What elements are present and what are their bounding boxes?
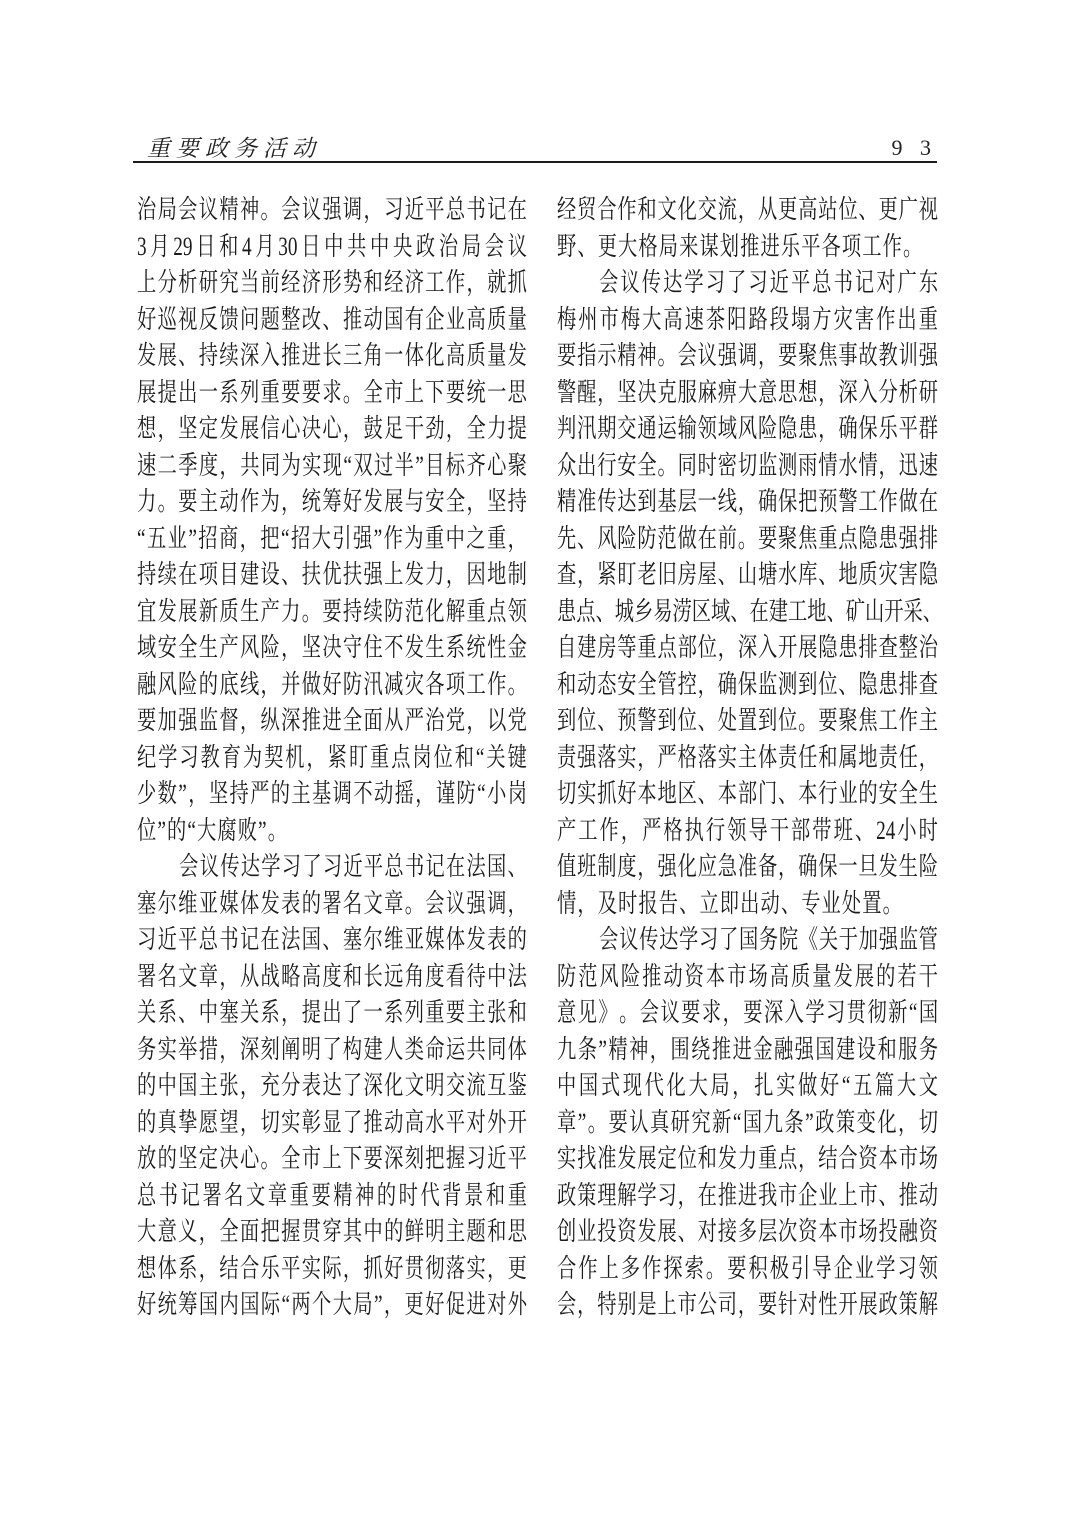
text-line: 融风险的底线，并做好防汛减灾各项工作。 xyxy=(137,667,527,704)
text-line: 先、风险防范做在前。要聚焦重点隐患强排 xyxy=(557,521,938,558)
text-line: 情，及时报告、立即出动、专业处置。 xyxy=(557,886,938,923)
text-line: 意见》。会议要求，要深入学习贯彻新“国 xyxy=(557,995,938,1032)
text-line: 政策理解学习，在推进我市企业上市、推动 xyxy=(557,1178,938,1215)
header-section-title: 重要政务活动 xyxy=(147,130,321,163)
text-line: 少数”，坚持严的主基调不动摇，谨防“小岗 xyxy=(137,776,527,813)
text-line: 九条”精神，围绕推进金融强国建设和服务 xyxy=(557,1032,938,1069)
text-line: 上分析研究当前经济形势和经济工作，就抓 xyxy=(137,265,527,302)
text-line: 想体系，结合乐平实际，抓好贯彻落实，更 xyxy=(137,1251,527,1288)
text-line: 值班制度，强化应急准备，确保一旦发生险 xyxy=(557,849,938,886)
text-line: 切实抓好本地区、本部门、本行业的安全生 xyxy=(557,776,938,813)
text-line: 众出行安全。同时密切监测雨情水情，迅速 xyxy=(557,448,938,485)
text-line: 要指示精神。会议强调，要聚焦事故教训强 xyxy=(557,338,938,375)
text-line: 署名文章，从战略高度和长远角度看待中法 xyxy=(137,959,527,996)
text-line: 警醒，坚决克服麻痹大意思想，深入分析研 xyxy=(557,375,938,412)
text-line: 塞尔维亚媒体发表的署名文章。会议强调， xyxy=(137,886,527,923)
text-line: 域安全生产风险，坚决守住不发生系统性金 xyxy=(137,630,527,667)
text-column-right: 经贸合作和文化交流，从更高站位、更广视野、更大格局来谋划推进乐平各项工作。会议传… xyxy=(557,192,939,1324)
text-line: 查，紧盯老旧房屋、山塘水库、地质灾害隐 xyxy=(557,557,938,594)
text-line: 的中国主张，充分表达了深化文明交流互鉴 xyxy=(137,1068,527,1105)
text-line: 判汛期交通运输领域风险隐患，确保乐平群 xyxy=(557,411,938,448)
text-line: 放的坚定决心。全市上下要深刻把握习近平 xyxy=(137,1141,527,1178)
text-line: 产工作，严格执行领导干部带班、24小时 xyxy=(557,813,938,850)
text-line: 3月29日和4月30日中共中央政治局会议 xyxy=(137,229,527,266)
header-page-number: 9 3 xyxy=(892,135,938,161)
text-line: 务实举措，深刻阐明了构建人类命运共同体 xyxy=(137,1032,527,1069)
text-line: 的真挚愿望，切实彰显了推动高水平对外开 xyxy=(137,1105,527,1142)
text-line: 纪学习教育为契机，紧盯重点岗位和“关键 xyxy=(137,740,527,777)
text-line: 好统筹国内国际“两个大局”，更好促进对外 xyxy=(137,1287,527,1324)
text-line: 责强落实，严格落实主体责任和属地责任， xyxy=(557,740,938,777)
text-line: 力。要主动作为，统筹好发展与安全，坚持 xyxy=(137,484,527,521)
text-line: “五业”招商，把“招大引强”作为重中之重， xyxy=(137,521,527,558)
text-line: 速二季度，共同为实现“双过半”目标齐心聚 xyxy=(137,448,527,485)
text-line: 位”的“大腐败”。 xyxy=(137,813,527,850)
text-line: 大意义，全面把握贯穿其中的鲜明主题和思 xyxy=(137,1214,527,1251)
text-line: 精准传达到基层一线，确保把预警工作做在 xyxy=(557,484,938,521)
text-line: 展提出一系列重要要求。全市上下要统一思 xyxy=(137,375,527,412)
text-line: 会，特别是上市公司，要针对性开展政策解 xyxy=(557,1287,938,1324)
text-line: 合作上多作探索。要积极引导企业学习领 xyxy=(557,1251,938,1288)
text-line: 实找准发展定位和发力重点，结合资本市场 xyxy=(557,1141,938,1178)
text-line: 总书记署名文章重要精神的时代背景和重 xyxy=(137,1178,527,1215)
text-line: 会议传达学习了习近平总书记在法国、 xyxy=(137,849,527,886)
text-line: 防范风险推动资本市场高质量发展的若干 xyxy=(557,959,938,996)
header-rule-divider xyxy=(133,161,937,163)
text-line: 中国式现代化大局，扎实做好“五篇大文 xyxy=(557,1068,938,1105)
text-line: 经贸合作和文化交流，从更高站位、更广视 xyxy=(557,192,938,229)
text-line: 好巡视反馈问题整改、推动国有企业高质量 xyxy=(137,302,527,339)
text-line: 患点、城乡易涝区域、在建工地、矿山开采、 xyxy=(557,594,938,631)
text-line: 关系、中塞关系，提出了一系列重要主张和 xyxy=(137,995,527,1032)
text-line: 要加强监督，纵深推进全面从严治党，以党 xyxy=(137,703,527,740)
text-line: 会议传达学习了国务院《关于加强监管 xyxy=(557,922,938,959)
text-line: 治局会议精神。会议强调，习近平总书记在 xyxy=(137,192,527,229)
text-column-left-inner: 治局会议精神。会议强调，习近平总书记在3月29日和4月30日中共中央政治局会议上… xyxy=(137,192,527,1324)
text-line: 到位、预警到位、处置到位。要聚焦工作主 xyxy=(557,703,938,740)
text-line: 创业投资发展、对接多层次资本市场投融资 xyxy=(557,1214,938,1251)
text-line: 宜发展新质生产力。要持续防范化解重点领 xyxy=(137,594,527,631)
text-line: 自建房等重点部位，深入开展隐患排查整治 xyxy=(557,630,938,667)
text-column-right-inner: 经贸合作和文化交流，从更高站位、更广视野、更大格局来谋划推进乐平各项工作。会议传… xyxy=(557,192,938,1324)
text-line: 野、更大格局来谋划推进乐平各项工作。 xyxy=(557,229,938,266)
text-line: 会议传达学习了习近平总书记对广东 xyxy=(557,265,938,302)
text-line: 发展、持续深入推进长三角一体化高质量发 xyxy=(137,338,527,375)
text-line: 章”。要认真研究新“国九条”政策变化，切 xyxy=(557,1105,938,1142)
text-line: 想，坚定发展信心决心，鼓足干劲，全力提 xyxy=(137,411,527,448)
text-line: 和动态安全管控，确保监测到位、隐患排查 xyxy=(557,667,938,704)
text-column-left: 治局会议精神。会议强调，习近平总书记在3月29日和4月30日中共中央政治局会议上… xyxy=(137,192,529,1324)
text-line: 持续在项目建设、扶优扶强上发力，因地制 xyxy=(137,557,527,594)
text-line: 习近平总书记在法国、塞尔维亚媒体发表的 xyxy=(137,922,527,959)
text-line: 梅州市梅大高速茶阳路段塌方灾害作出重 xyxy=(557,302,938,339)
